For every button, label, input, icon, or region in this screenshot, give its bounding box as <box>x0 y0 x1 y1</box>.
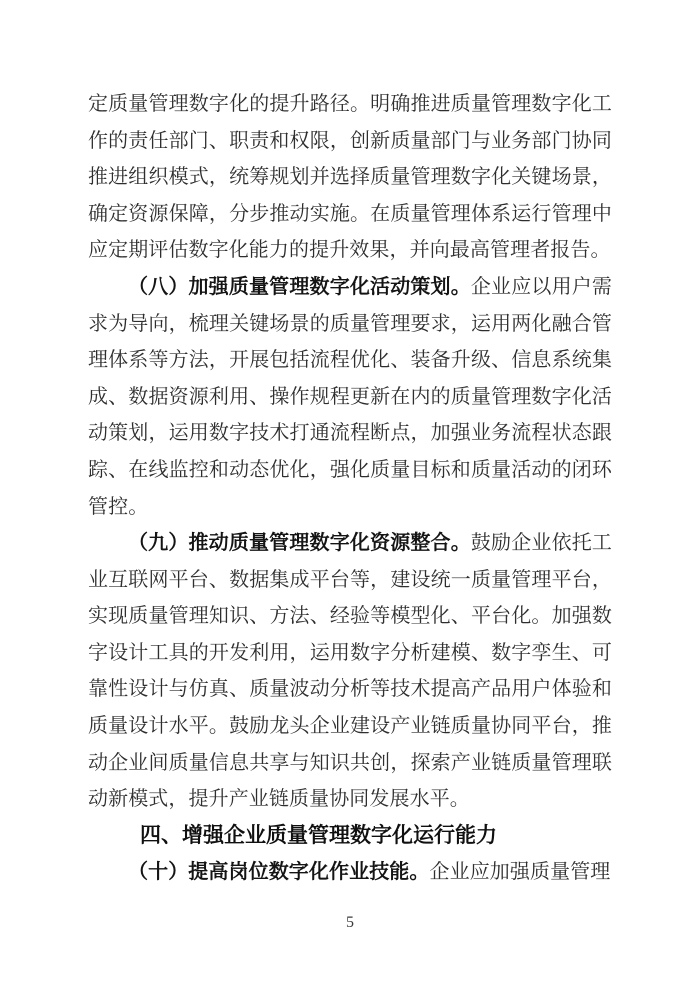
paragraph-item-9-body: 鼓励企业依托工业互联网平台、数据集成平台等，建设统一质量管理平台，实现质量管理知… <box>88 532 612 810</box>
paragraph-item-10-body: 企业应加强质量管理 <box>430 861 611 883</box>
paragraph-item-8-body: 企业应以用户需求为导向，梳理关键场景的质量管理要求，运用两化融合管理体系等方法，… <box>88 276 612 518</box>
document-page: 定质量管理数字化的提升路径。明确推进质量管理数字化工作的责任部门、职责和权限，创… <box>0 0 700 989</box>
paragraph-item-10-lead: （十）提高岗位数字化作业技能。 <box>128 861 430 883</box>
paragraph-item-8: （八）加强质量管理数字化活动策划。企业应以用户需求为导向，梳理关键场景的质量管理… <box>88 269 612 525</box>
paragraph-item-10: （十）提高岗位数字化作业技能。企业应加强质量管理 <box>88 854 612 891</box>
page-number: 5 <box>0 913 700 933</box>
paragraph-item-8-lead: （八）加强质量管理数字化活动策划。 <box>128 276 471 298</box>
paragraph-continuation-text: 定质量管理数字化的提升路径。明确推进质量管理数字化工作的责任部门、职责和权限，创… <box>88 93 612 261</box>
paragraph-continuation: 定质量管理数字化的提升路径。明确推进质量管理数字化工作的责任部门、职责和权限，创… <box>88 86 612 269</box>
paragraph-item-9: （九）推动质量管理数字化资源整合。鼓励企业依托工业互联网平台、数据集成平台等，建… <box>88 525 612 818</box>
section-heading-4: 四、增强企业质量管理数字化运行能力 <box>88 818 612 855</box>
paragraph-item-9-lead: （九）推动质量管理数字化资源整合。 <box>128 532 471 554</box>
